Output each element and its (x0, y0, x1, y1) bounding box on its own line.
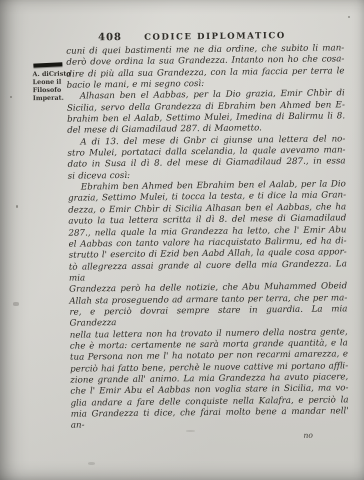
ink-bar (33, 62, 62, 67)
margin-note: A. diCristoLeone ilFilosofoImperat. (32, 63, 64, 102)
catchword: no (303, 430, 313, 439)
body-text: cuni di quei bastimenti me ne dia ordine… (66, 43, 349, 432)
margin-note-lines: A. diCristoLeone ilFilosofoImperat. (32, 70, 64, 102)
scan-speck (16, 205, 18, 208)
page-number: 408 (98, 32, 122, 43)
page-content: 408 CODICE DIPLOMATICO A. diCristoLeone … (66, 29, 349, 442)
margin-note-line: Imperat. (33, 94, 65, 102)
text-line: re, e perciò dovrai sempre stare in guar… (69, 304, 347, 330)
scanned-page: 408 CODICE DIPLOMATICO A. diCristoLeone … (0, 0, 364, 480)
scan-smudge (13, 302, 19, 306)
text-line: mia Grandezza ti dice, che farai molto b… (71, 406, 349, 432)
scan-speck (348, 16, 350, 18)
scan-smudge (88, 462, 95, 465)
running-title: CODICE DIPLOMATICO (144, 31, 286, 43)
scan-speck (10, 96, 12, 98)
